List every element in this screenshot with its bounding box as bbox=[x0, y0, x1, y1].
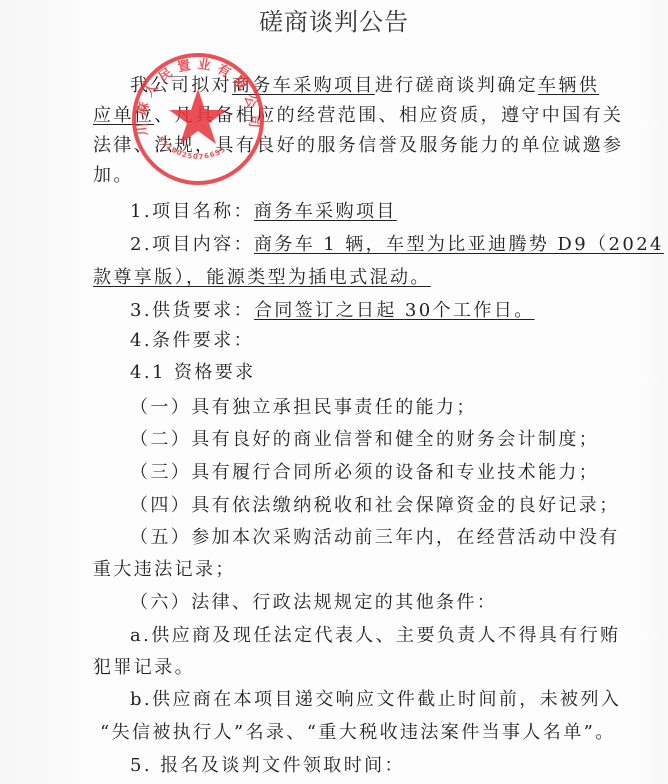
intro-line-2: 应单位、凡具备相应的经营范围、相应资质，遵守中国有关 bbox=[93, 105, 623, 127]
intro-text: 进行磋商谈判确定 bbox=[375, 75, 538, 96]
intro-text: 、凡具备相应的经营范围、相应资质，遵守中国有关 bbox=[154, 105, 623, 126]
qualification-6: （六）法律、行政法规规定的其他条件： bbox=[130, 592, 497, 614]
qualification-5: （五）参加本次采购活动前三年内，在经营活动中没有 bbox=[130, 527, 620, 549]
qualification-2: （二）具有良好的商业信誉和健全的财务会计制度； bbox=[130, 429, 599, 451]
qualification-1: （一）具有独立承担民事责任的能力； bbox=[130, 397, 477, 419]
intro-line-4: 加。 bbox=[93, 165, 134, 187]
condition-b: b.供应商在本项目递交响应文件截止时间前，未被列入 bbox=[130, 689, 621, 711]
condition-b-cont: “失信被执行人”名录、“重大税收违法案件当事人名单”。 bbox=[100, 722, 616, 744]
qualification-4: （四）具有依法缴纳税收和社会保障资金的良好记录； bbox=[130, 495, 620, 517]
intro-line-1: 我公司拟对商务车采购项目进行磋商谈判确定车辆供 bbox=[130, 75, 599, 97]
item-label: 1.项目名称： bbox=[130, 201, 254, 222]
qualification-3: （三）具有履行合同所必须的设备和专业技术能力； bbox=[130, 462, 599, 484]
item-label: 3.供货要求： bbox=[130, 300, 254, 321]
item-4-1: 4.1 资格要求 bbox=[130, 362, 256, 384]
page-margin-left bbox=[0, 0, 80, 784]
item-4: 4.条件要求： bbox=[130, 330, 254, 352]
item-value: 商务车 1 辆，车型为比亚迪腾势 D9（2024 bbox=[254, 234, 664, 255]
intro-line-3: 法律、法规，具有良好的服务信誉及服务能力的单位诚邀参 bbox=[93, 135, 623, 157]
condition-a-cont: 犯罪记录。 bbox=[93, 657, 195, 679]
item-value: 商务车采购项目 bbox=[254, 201, 397, 222]
item-value: 款尊享版），能源类型为插电式混动。 bbox=[93, 267, 431, 288]
item-2-cont: 款尊享版），能源类型为插电式混动。 bbox=[93, 267, 431, 289]
item-value: 合同签订之日起 30个工作日。 bbox=[254, 300, 535, 321]
project-name-underlined: 商务车采购项目 bbox=[232, 75, 375, 96]
item-2: 2.项目内容：商务车 1 辆，车型为比亚迪腾势 D9（2024 bbox=[130, 234, 664, 256]
item-3: 3.供货要求：合同签订之日起 30个工作日。 bbox=[130, 300, 535, 322]
item-5: 5. 报名及谈判文件领取时间： bbox=[130, 755, 405, 777]
qualification-5-cont: 重大违法记录； bbox=[93, 559, 236, 581]
item-label: 2.项目内容： bbox=[130, 234, 254, 255]
supplier-underlined: 车辆供 bbox=[538, 75, 599, 96]
item-1: 1.项目名称：商务车采购项目 bbox=[130, 201, 397, 223]
supplier-underlined: 应单位 bbox=[93, 105, 154, 126]
page-title: 磋商谈判公告 bbox=[0, 2, 668, 37]
intro-text: 我公司拟对 bbox=[130, 75, 232, 96]
condition-a: a.供应商及现任法定代表人、主要负责人不得具有行贿 bbox=[130, 625, 620, 647]
page-margin-right bbox=[638, 0, 668, 784]
